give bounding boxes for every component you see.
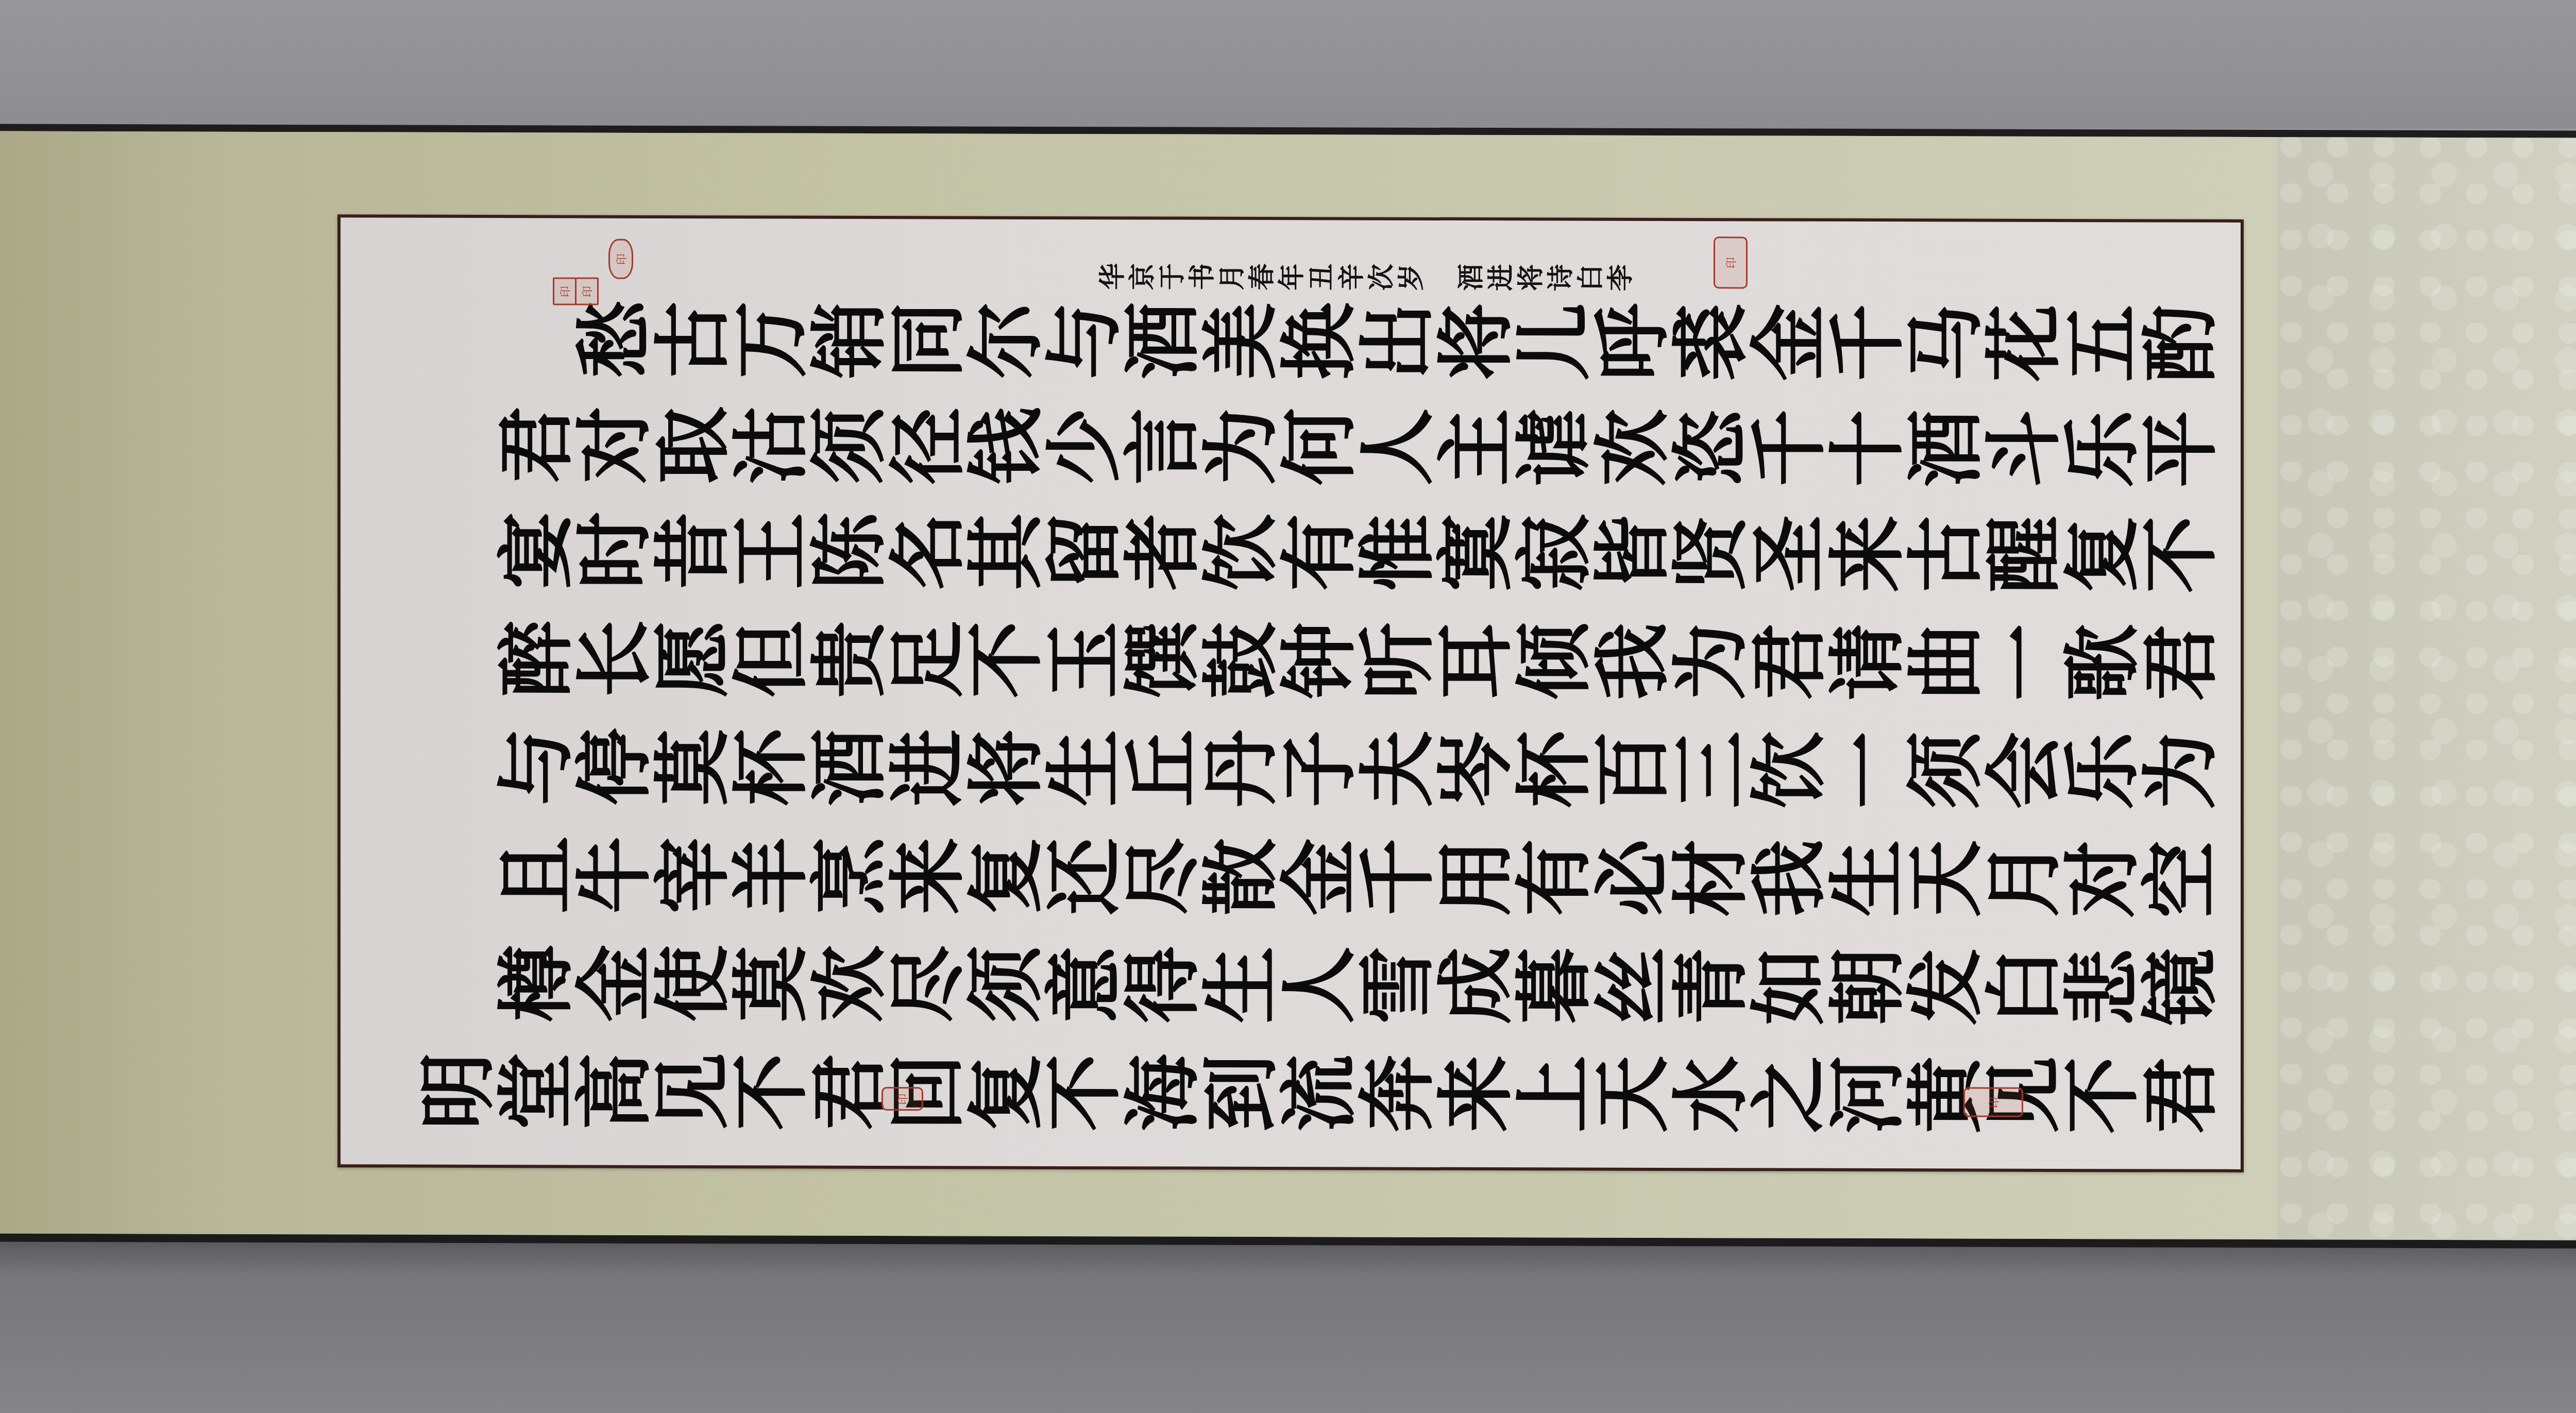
calligraphy-character: 钱 (968, 406, 1045, 485)
calligraphy-character: 为 (1202, 407, 1280, 486)
calligraphy-character: 但 (733, 620, 810, 698)
calligraphy-character: 皆 (1594, 514, 1671, 592)
calligraphy-character: 少 (1046, 407, 1123, 485)
calligraphy-character: 夫 (1359, 729, 1436, 808)
text-column-6: 不复醒古来圣贤皆寂寞惟有饮者留其名陈王昔时宴 (497, 501, 2220, 604)
calligraphy-character: 水 (1672, 1055, 1750, 1133)
calligraphy-character: 明 (419, 1052, 497, 1130)
calligraphy-character: 朝 (1829, 947, 1906, 1026)
calligraphy-character: 人 (1281, 946, 1358, 1024)
calligraphy-character: 美 (1202, 302, 1280, 380)
calligraphy-character: 愿 (654, 620, 732, 698)
calligraphy-character: 且 (498, 836, 575, 914)
text-column-5: 君歌一曲请君为我倾耳听钟鼓馔玉不足贵但愿长醉 (497, 609, 2220, 712)
calligraphy-character: 儿 (1516, 302, 1593, 381)
calligraphy-character: 到 (1202, 1054, 1280, 1132)
calligraphy-character: 留 (1046, 513, 1123, 591)
calligraphy-character: 牛 (576, 836, 653, 914)
calligraphy-character: 贵 (811, 620, 888, 699)
calligraphy-character: 耳 (1437, 622, 1515, 700)
calligraphy-character: 古 (654, 300, 732, 379)
calligraphy-character: 材 (1672, 839, 1750, 917)
calligraphy-character: 高 (576, 1052, 653, 1130)
calligraphy-character: 我 (1751, 839, 1828, 917)
calligraphy-character: 酒 (1124, 301, 1201, 380)
calligraphy-character: 欢 (811, 945, 888, 1023)
calligraphy-character: 我 (1594, 622, 1671, 701)
calligraphy-character: 与 (498, 727, 575, 806)
calligraphy-character: 裘 (1672, 303, 1750, 381)
calligraphy-character: 还 (1046, 837, 1123, 915)
calligraphy-character: 醉 (498, 619, 575, 697)
calligraphy-character: 金 (1751, 303, 1828, 381)
calligraphy-character: 生 (1046, 729, 1123, 807)
calligraphy-character: 鼓 (1202, 621, 1280, 700)
calligraphy-character: 时 (576, 511, 653, 589)
calligraphy-character: 马 (1907, 303, 1985, 382)
calligraphy-character: 倾 (1516, 622, 1593, 700)
calligraphy-character: 成 (1437, 946, 1515, 1025)
text-column-4: 为乐会须一饮三百杯岑夫子丹丘生将进酒杯莫停与 (497, 718, 2220, 820)
calligraphy-character: 雪 (1359, 946, 1436, 1024)
calligraphy-character: 销 (811, 301, 888, 379)
calligraphy-character: 尽 (1124, 837, 1201, 915)
calligraphy-scroll: 君不见黄河之水天上来奔流到海不复回君不见高堂明 镜悲白发朝如青丝暮成雪人生得意须… (0, 124, 2576, 1250)
calligraphy-character: 千 (1829, 303, 1906, 382)
calligraphy-character: 惟 (1359, 513, 1436, 591)
calligraphy-character: 堂 (498, 1052, 575, 1130)
calligraphy-character: 生 (1202, 946, 1280, 1024)
calligraphy-character: 君 (2142, 623, 2219, 702)
calligraphy-character: 为 (2142, 731, 2219, 810)
brocade-panel (2277, 137, 2576, 1241)
calligraphy-character: 奔 (1359, 1054, 1436, 1132)
corner-seal-bottom-right: 印 (1963, 1087, 2023, 1117)
calligraphy-character: 使 (654, 944, 732, 1023)
calligraphy-character: 陈 (811, 512, 888, 590)
calligraphy-character: 圣 (1751, 514, 1828, 592)
calligraphy-character: 将 (968, 728, 1045, 807)
calligraphy-character: 如 (1751, 947, 1828, 1025)
calligraphy-character: 樽 (498, 944, 575, 1022)
calligraphy-character: 见 (654, 1052, 732, 1131)
calligraphy-character: 呼 (1594, 303, 1671, 381)
calligraphy-character: 足 (889, 620, 967, 699)
calligraphy-character: 换 (1281, 302, 1358, 380)
calligraphy-character: 王 (733, 512, 810, 590)
calligraphy-character: 海 (1124, 1053, 1201, 1132)
calligraphy-character: 复 (968, 837, 1045, 915)
calligraphy-character: 白 (1986, 948, 2063, 1026)
calligraphy-character: 必 (1594, 839, 1671, 917)
calligraphy-character: 羊 (733, 836, 810, 914)
calligraphy-character: 流 (1281, 1054, 1358, 1132)
calligraphy-character: 须 (968, 945, 1045, 1023)
calligraphy-character: 君 (2142, 1056, 2219, 1134)
calligraphy-character: 有 (1516, 838, 1593, 916)
calligraphy-character: 与 (1046, 301, 1123, 380)
calligraphy-character: 名 (889, 512, 967, 590)
calligraphy-character: 君 (498, 405, 575, 484)
calligraphy-character: 生 (1829, 839, 1906, 917)
calligraphy-character: 寂 (1516, 514, 1593, 592)
calligraphy-character: 乐 (2064, 731, 2141, 810)
calligraphy-character: 得 (1124, 945, 1201, 1024)
calligraphy-character: 酒 (1907, 409, 1985, 487)
calligraphy-character: 出 (1359, 302, 1436, 380)
calligraphy-character: 乐 (2064, 410, 2141, 488)
calligraphy-character: 天 (1594, 1055, 1671, 1133)
calligraphy-character: 欢 (1594, 408, 1671, 487)
calligraphy-character: 宰 (654, 836, 732, 914)
calligraphy-character: 十 (1829, 409, 1906, 487)
round-seal: 印 (608, 239, 633, 279)
calligraphy-character: 花 (1986, 304, 2063, 382)
calligraphy-character: 三 (1672, 730, 1750, 809)
calligraphy-character: 听 (1359, 621, 1436, 700)
calligraphy-character: 悲 (2064, 948, 2141, 1026)
calligraphy-character: 千 (1359, 838, 1436, 916)
calligraphy-character: 酒 (811, 728, 888, 807)
calligraphy-character: 河 (1829, 1056, 1906, 1134)
calligraphy-character: 杯 (1516, 730, 1593, 808)
calligraphy-character: 来 (889, 837, 967, 915)
calligraphy-character: 子 (1281, 729, 1358, 808)
calligraphy-character: 发 (1907, 947, 1985, 1026)
calligraphy-character: 主 (1437, 408, 1515, 486)
calligraphy-character: 丝 (1594, 947, 1671, 1025)
calligraphy-character: 万 (733, 300, 810, 379)
calligraphy-character: 宴 (498, 511, 575, 589)
calligraphy-character: 者 (1124, 513, 1201, 591)
calligraphy-character: 玉 (1046, 621, 1123, 699)
calligraphy-character: 有 (1281, 513, 1358, 591)
calligraphy-character: 斗 (1986, 410, 2063, 488)
calligraphy-character: 丘 (1124, 729, 1201, 807)
calligraphy-character: 尽 (889, 945, 967, 1023)
calligraphy-character: 为 (1672, 622, 1750, 701)
calligraphy-character: 其 (968, 512, 1045, 590)
calligraphy-character: 一 (1986, 623, 2063, 702)
calligraphy-character: 不 (968, 620, 1045, 699)
signature-seal-1: 印 (575, 277, 599, 305)
calligraphy-character: 会 (1986, 731, 2063, 810)
calligraphy-character: 上 (1516, 1054, 1593, 1133)
calligraphy-character: 寞 (1437, 514, 1515, 592)
calligraphy-character: 须 (811, 406, 888, 485)
calligraphy-character: 君 (1751, 622, 1828, 701)
calligraphy-character: 百 (1594, 730, 1671, 809)
calligraphy-character: 愁 (576, 300, 653, 378)
calligraphy-character: 饮 (1202, 513, 1280, 591)
calligraphy-character: 平 (2142, 410, 2219, 488)
inscription-column: 李白诗将进酒 岁次辛丑年春月书于京华 (1095, 256, 1633, 298)
signature-seal-2: 印 (553, 277, 577, 305)
calligraphy-character: 杯 (733, 728, 810, 806)
calligraphy-character: 恣 (1672, 408, 1750, 487)
calligraphy-character: 长 (576, 619, 653, 697)
calligraphy-character: 对 (2064, 840, 2141, 918)
calligraphy-character: 不 (2142, 515, 2219, 593)
calligraphy-character: 进 (889, 728, 967, 807)
calligraphy-character: 不 (2064, 1056, 2141, 1134)
calligraphy-character: 曲 (1907, 623, 1985, 701)
calligraphy-character: 尔 (968, 301, 1045, 379)
calligraphy-paper: 君不见黄河之水天上来奔流到海不复回君不见高堂明 镜悲白发朝如青丝暮成雪人生得意须… (337, 214, 2244, 1172)
calligraphy-character: 复 (968, 1053, 1045, 1131)
calligraphy-character: 莫 (733, 944, 810, 1023)
text-column-7: 平乐斗酒十千恣欢谑主人何为言少钱径须沽取对君 (497, 396, 2220, 498)
calligraphy-character: 不 (1046, 1053, 1123, 1132)
calligraphy-character: 将 (1437, 302, 1515, 381)
calligraphy-character: 言 (1124, 407, 1201, 485)
calligraphy-character: 同 (889, 301, 967, 379)
calligraphy-character: 丹 (1202, 729, 1280, 808)
calligraphy-character: 君 (811, 1053, 888, 1131)
calligraphy-character: 镜 (2142, 948, 2219, 1026)
calligraphy-character: 径 (889, 406, 967, 485)
text-column-2: 镜悲白发朝如青丝暮成雪人生得意须尽欢莫使金樽 (497, 934, 2220, 1036)
calligraphy-character: 昔 (654, 512, 732, 590)
calligraphy-character: 钟 (1281, 621, 1358, 700)
calligraphy-character: 谑 (1516, 408, 1593, 486)
calligraphy-character: 酌 (2142, 304, 2219, 382)
calligraphy-character: 须 (1907, 731, 1985, 809)
calligraphy-character: 对 (576, 405, 653, 484)
calligraphy-character: 沽 (733, 406, 810, 484)
calligraphy-character: 来 (1829, 515, 1906, 593)
calligraphy-character: 意 (1046, 945, 1123, 1024)
calligraphy-character: 取 (654, 406, 732, 484)
calligraphy-character: 金 (576, 944, 653, 1022)
calligraphy-character: 天 (1907, 839, 1985, 917)
wall-top (0, 0, 2576, 129)
calligraphy-character: 空 (2142, 840, 2219, 918)
calligraphy-character: 金 (1281, 838, 1358, 916)
inscription-character: 酒 (1449, 262, 1488, 292)
calligraphy-character: 千 (1751, 408, 1828, 487)
calligraphy-character: 暮 (1516, 946, 1593, 1025)
wall-bottom (0, 1241, 2576, 1413)
calligraphy-character: 不 (733, 1052, 810, 1131)
middle-seal-bottom: 印 (882, 1087, 923, 1111)
text-column-1: 君不见黄河之水天上来奔流到海不复回君不见高堂明 (419, 1042, 2220, 1145)
calligraphy-character: 何 (1281, 407, 1358, 486)
calligraphy-character: 饮 (1751, 730, 1828, 809)
calligraphy-character: 歌 (2064, 623, 2141, 702)
calligraphy-character: 用 (1437, 838, 1515, 916)
calligraphy-character: 岑 (1437, 730, 1515, 808)
calligraphy-character: 散 (1202, 838, 1280, 916)
text-column-3: 空对月天生我材必有用千金散尽还复来烹羊宰牛且 (497, 826, 2220, 928)
text-column-8: 酌五花马千金裘呼儿将出换美酒与尔同销万古愁 (575, 290, 2220, 392)
calligraphy-character: 贤 (1672, 514, 1750, 592)
calligraphy-character: 馔 (1124, 621, 1201, 699)
calligraphy-character: 复 (2064, 515, 2141, 593)
calligraphy-character: 之 (1751, 1055, 1828, 1133)
calligraphy-character: 来 (1437, 1054, 1515, 1133)
calligraphy-character: 一 (1829, 731, 1906, 809)
calligraphy-character: 停 (576, 727, 653, 806)
calligraphy-character: 古 (1907, 515, 1985, 593)
opening-seal-top: 印 (1714, 236, 1748, 288)
calligraphy-character: 人 (1359, 407, 1436, 486)
calligraphy-character: 烹 (811, 837, 888, 915)
calligraphy-character: 月 (1986, 840, 2063, 918)
calligraphy-character: 莫 (654, 728, 732, 806)
calligraphy-character: 请 (1829, 623, 1906, 701)
calligraphy-character: 五 (2064, 304, 2141, 382)
inscription-character: 华 (1091, 261, 1129, 291)
calligraphy-character: 醒 (1986, 515, 2063, 593)
calligraphy-character: 青 (1672, 947, 1750, 1025)
